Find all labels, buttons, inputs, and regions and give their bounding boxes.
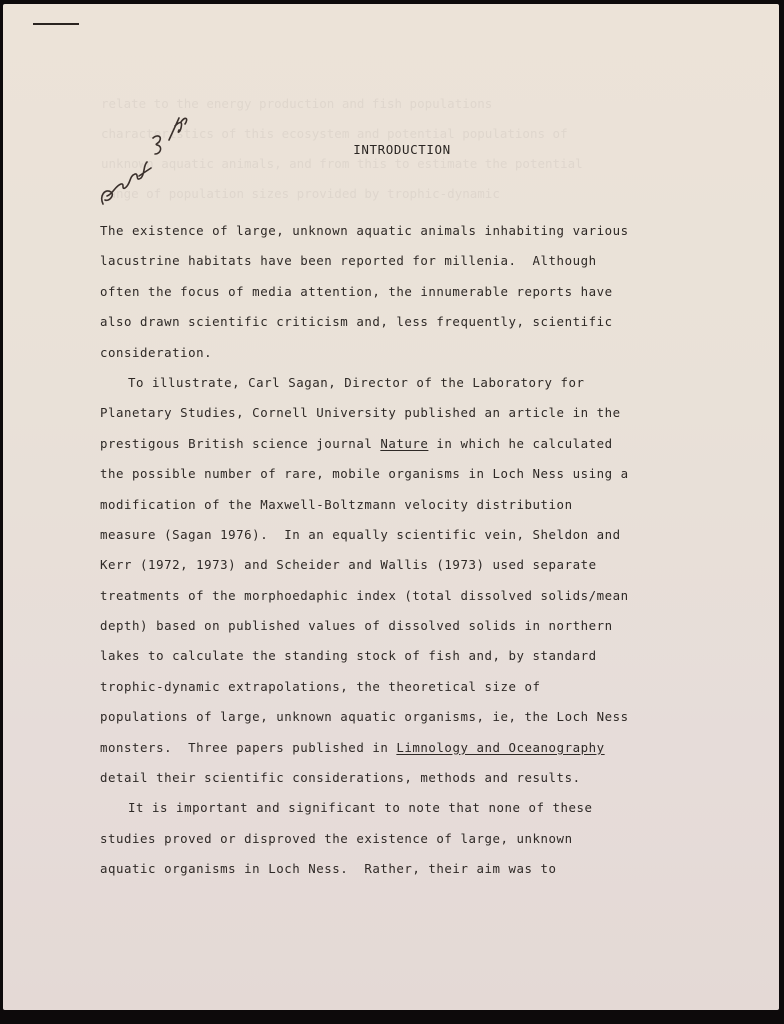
text-segment: It is important and significant to note … [128, 800, 593, 815]
text-line: It is important and significant to note … [100, 793, 720, 823]
text-segment: detail their scientific considerations, … [100, 770, 581, 785]
text-segment: often the focus of media attention, the … [100, 284, 613, 299]
text-segment: Planetary Studies, Cornell University pu… [100, 405, 621, 420]
corner-mark [33, 23, 79, 25]
text-line: modification of the Maxwell-Boltzmann ve… [100, 490, 720, 520]
text-line: populations of large, unknown aquatic or… [100, 702, 720, 732]
document-title: INTRODUCTION [3, 142, 779, 157]
text-segment: modification of the Maxwell-Boltzmann ve… [100, 497, 573, 512]
underlined-title: Limnology and Oceanography [396, 740, 604, 755]
text-segment: Kerr (1972, 1973) and Scheider and Walli… [100, 557, 597, 572]
text-line: depth) based on published values of diss… [100, 611, 720, 641]
text-line: detail their scientific considerations, … [100, 763, 720, 793]
text-segment: depth) based on published values of diss… [100, 618, 613, 633]
text-line: The existence of large, unknown aquatic … [100, 216, 720, 246]
document-body: The existence of large, unknown aquatic … [100, 216, 720, 885]
text-line: also drawn scientific criticism and, les… [100, 307, 720, 337]
text-line: measure (Sagan 1976). In an equally scie… [100, 520, 720, 550]
document-page: relate to the energy production and fish… [3, 4, 779, 1010]
text-segment: the possible number of rare, mobile orga… [100, 466, 629, 481]
text-line: studies proved or disproved the existenc… [100, 824, 720, 854]
text-segment: populations of large, unknown aquatic or… [100, 709, 629, 724]
text-segment: To illustrate, Carl Sagan, Director of t… [128, 375, 585, 390]
text-segment: trophic-dynamic extrapolations, the theo… [100, 679, 541, 694]
text-line: lakes to calculate the standing stock of… [100, 641, 720, 671]
text-segment: lakes to calculate the standing stock of… [100, 648, 597, 663]
text-segment: treatments of the morphoedaphic index (t… [100, 588, 629, 603]
text-line: prestigous British science journal Natur… [100, 429, 720, 459]
text-segment: aquatic organisms in Loch Ness. Rather, … [100, 861, 557, 876]
text-line: Kerr (1972, 1973) and Scheider and Walli… [100, 550, 720, 580]
text-segment: measure (Sagan 1976). In an equally scie… [100, 527, 621, 542]
text-line: To illustrate, Carl Sagan, Director of t… [100, 368, 720, 398]
text-line: often the focus of media attention, the … [100, 277, 720, 307]
text-segment: monsters. Three papers published in [100, 740, 396, 755]
text-segment: studies proved or disproved the existenc… [100, 831, 573, 846]
text-segment: The existence of large, unknown aquatic … [100, 223, 629, 238]
text-segment: consideration. [100, 345, 212, 360]
text-line: consideration. [100, 338, 720, 368]
text-segment: lacustrine habitats have been reported f… [100, 253, 597, 268]
text-line: aquatic organisms in Loch Ness. Rather, … [100, 854, 720, 884]
text-line: Planetary Studies, Cornell University pu… [100, 398, 720, 428]
text-segment: in which he calculated [428, 436, 612, 451]
text-line: monsters. Three papers published in Limn… [100, 733, 720, 763]
text-line: trophic-dynamic extrapolations, the theo… [100, 672, 720, 702]
text-line: the possible number of rare, mobile orga… [100, 459, 720, 489]
text-segment: also drawn scientific criticism and, les… [100, 314, 613, 329]
underlined-title: Nature [380, 436, 428, 451]
text-line: lacustrine habitats have been reported f… [100, 246, 720, 276]
text-segment: prestigous British science journal [100, 436, 380, 451]
text-line: treatments of the morphoedaphic index (t… [100, 581, 720, 611]
